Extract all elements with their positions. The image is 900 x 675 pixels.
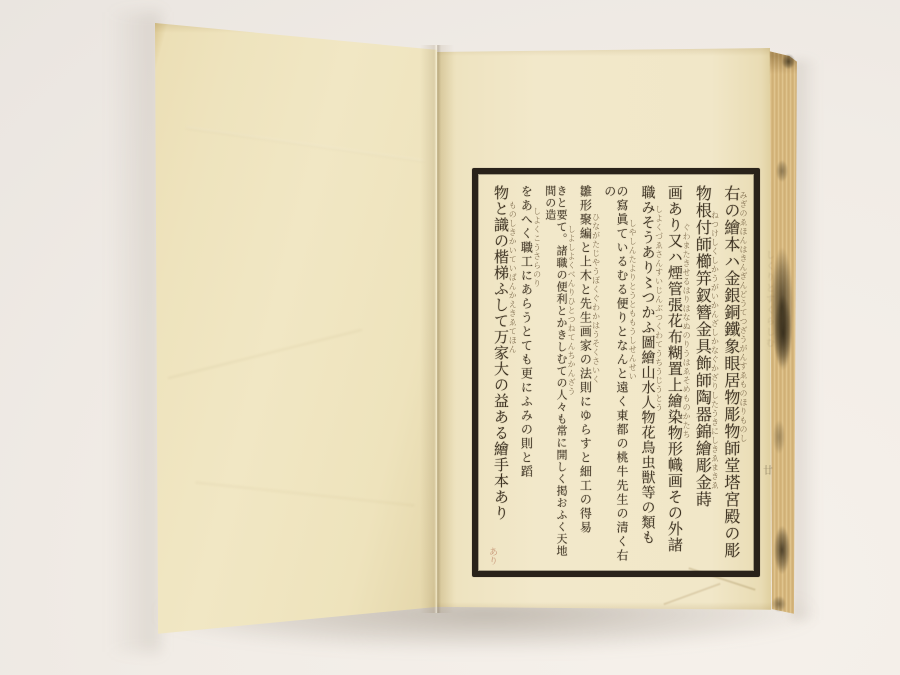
column-furigana: ひながたじやうぼくぐわかはうそくさいく [591,185,599,563]
column-main-text: 画あり又ハ煙管張花布糊置上繪染物形幟画その外諸 [667,185,682,563]
column-furigana: しよくこうさらのり [532,185,540,563]
book-gutter-fold [420,45,454,613]
show-through-marks: しくりとすくらしむ [763,250,776,430]
column-main-text: 職みそうあり〻つかふ圖繪山水人物花鳥虫獣等の類も [640,185,654,563]
paper-crease [168,329,363,379]
column-main-text: 右の繪本ハ金銀銅鐵象眼居物彫物師堂塔宮殿の彫 [723,185,739,563]
book-left-page-blank [155,23,437,635]
folio-mark: 廿 [763,462,773,477]
red-ink-mark: あり [486,547,499,565]
woodblock-text-frame: みぎのゑほんはきんぎんどうてつざうがんすゑものほりものし右の繪本ハ金銀銅鐵象眼居… [472,168,760,577]
ink-smudge [774,526,790,574]
column-furigana: しよしよくべんりひとつねてんちかんざう [567,185,575,563]
column-main-text: をあへく職工にあらうとても更にふみの則と蹈 [520,185,532,563]
text-column: ものしきかいていばんかえきゑてほん物と識の楷梯ふして万家大の益ある繪手本あり [493,185,516,563]
text-column: みぎのゑほんはきんぎんどうてつざうがんすゑものほりものし右の繪本ハ金銀銅鐵象眼居… [723,185,747,563]
column-main-text: 物根付師櫛笄釵簪金具飾師陶器錦繪彫金蒔 [694,185,710,563]
column-furigana: ものしきかいていばんかえきゑてほん [508,185,516,563]
text-column: しよくづゑさんすいじんぶつくわてうちうじうとう職みそうあり〻つかふ圖繪山水人物花… [640,185,662,563]
text-column: ひながたじやうぼくぐわかはうそくさいく雛形聚編と上木と先生画家の法則にゆらすと細… [579,185,599,563]
text-column: ぐわまたきせるはりはなぬのりうはゑそめものかたち画あり又ハ煙管張花布糊置上繪染物… [667,185,690,563]
ink-smudge [776,160,788,182]
text-column: しよしよくべんりひとつねてんちかんざうきと要て。諸職の便利とかきしむての人々も常… [545,185,576,563]
column-main-text: 雛形聚編と上木と先生画家の法則にゆらすと細工の得易 [579,185,591,563]
text-column: しやしんたよりとうとももうしせんせいの寫眞ているむる便りとなんと遠く東都の桃牛先… [604,185,637,563]
column-furigana: しやしんたよりとうとももうしせんせい [628,185,636,563]
text-column: しよくこうさらのりをあへく職工にあらうとても更にふみの則と蹈 [520,185,540,563]
ink-smudge [774,296,792,370]
paper-crease [186,126,424,162]
paper-crease [663,583,720,605]
column-main-text: の寫眞ているむる便りとなんと遠く東都の桃牛先生の清く右の [604,185,628,563]
column-main-text: 物と識の楷梯ふして万家大の益ある繪手本あり [493,185,508,563]
column-main-text: きと要て。諸職の便利とかきしむての人々も常に開しく掲おふく天地間の造 [545,185,567,563]
book-cast-shadow-left [108,12,160,652]
text-columns: みぎのゑほんはきんぎんどうてつざうがんすゑものほりものし右の繪本ハ金銀銅鐵象眼居… [478,174,754,571]
text-column: ねつけしくしかうがいかんざしかなぐかざりしたうきにしきゑまきゑ物根付師櫛笄釵簪金… [694,185,718,563]
column-furigana: しよくづゑさんすいじんぶつくわてうちうじうとう [654,185,662,563]
column-furigana: ねつけしくしかうがいかんざしかなぐかざりしたうきにしきゑまきゑ [710,185,718,563]
ink-smudge [782,54,795,69]
ink-smudge [772,596,786,612]
paper-crease [195,482,414,507]
column-furigana: ぐわまたきせるはりはなぬのりうはゑそめものかたち [682,185,690,563]
photo-background: みぎのゑほんはきんぎんどうてつざうがんすゑものほりものし右の繪本ハ金銀銅鐵象眼居… [0,0,900,675]
column-furigana: みぎのゑほんはきんぎんどうてつざうがんすゑものほりものし [739,185,747,563]
